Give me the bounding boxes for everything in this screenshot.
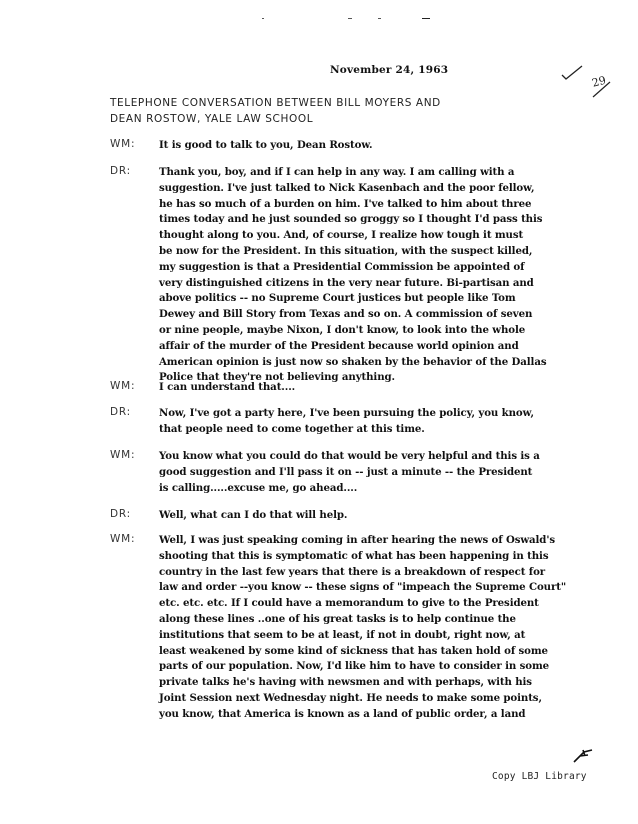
checkmark-icon: 29	[560, 48, 620, 98]
speaker-label: WM:	[110, 138, 135, 150]
speech-line: Well, I was just speaking coming in afte…	[159, 533, 599, 549]
speech-line: I can understand that....	[159, 380, 599, 396]
speech-line: my suggestion is that a Presidential Com…	[159, 260, 599, 276]
speaker-label: DR:	[110, 165, 131, 177]
speech-line: parts of our population. Now, I'd like h…	[159, 659, 599, 675]
handwritten-initials-mark	[572, 746, 594, 764]
speech-line: least weakened by some kind of sickness …	[159, 644, 599, 660]
speech-line: above politics -- no Supreme Court justi…	[159, 291, 599, 307]
speech-text: Now, I've got a party here, I've been pu…	[159, 406, 599, 438]
speech-line: you know, that America is known as a lan…	[159, 707, 599, 723]
document-date: November 24, 1963	[330, 64, 448, 76]
speech-text: Well, I was just speaking coming in afte…	[159, 533, 599, 723]
speech-line: Dewey and Bill Story from Texas and so o…	[159, 307, 599, 323]
speech-line: along these lines ..one of his great tas…	[159, 612, 599, 628]
speech-line: etc. etc. etc. If I could have a memoran…	[159, 596, 599, 612]
speech-line: Thank you, boy, and if I can help in any…	[159, 165, 599, 181]
speech-line: shooting that this is symptomatic of wha…	[159, 549, 599, 565]
speech-line: is calling.....excuse me, go ahead....	[159, 481, 599, 497]
speech-line: private talks he's having with newsmen a…	[159, 675, 599, 691]
speech-line: thought along to you. And, of course, I …	[159, 228, 599, 244]
speech-text: You know what you could do that would be…	[159, 449, 599, 496]
page-annotation-number: 29	[591, 74, 608, 90]
speech-line: Now, I've got a party here, I've been pu…	[159, 406, 599, 422]
speech-line: It is good to talk to you, Dean Rostow.	[159, 138, 599, 154]
speaker-label: DR:	[110, 406, 131, 418]
speech-line: law and order --you know -- these signs …	[159, 580, 599, 596]
speech-line: or nine people, maybe Nixon, I don't kno…	[159, 323, 599, 339]
speech-line: times today and he just sounded so grogg…	[159, 212, 599, 228]
speech-text: It is good to talk to you, Dean Rostow.	[159, 138, 599, 154]
title-line: DEAN ROSTOW, YALE LAW SCHOOL	[110, 111, 441, 127]
speech-line: Joint Session next Wednesday night. He n…	[159, 691, 599, 707]
speech-line: Well, what can I do that will help.	[159, 508, 599, 524]
document-title: TELEPHONE CONVERSATION BETWEEN BILL MOYE…	[110, 95, 441, 127]
speaker-label: WM:	[110, 380, 135, 392]
title-line: TELEPHONE CONVERSATION BETWEEN BILL MOYE…	[110, 95, 441, 111]
speech-line: American opinion is just now so shaken b…	[159, 355, 599, 371]
speech-line: he has so much of a burden on him. I've …	[159, 197, 599, 213]
speech-line: affair of the murder of the President be…	[159, 339, 599, 355]
speech-line: very distinguished citizens in the very …	[159, 276, 599, 292]
archive-footer-label: Copy LBJ Library	[492, 771, 587, 782]
speech-line: that people need to come together at thi…	[159, 422, 599, 438]
speech-line: country in the last few years that there…	[159, 565, 599, 581]
speech-line: You know what you could do that would be…	[159, 449, 599, 465]
speech-text: Well, what can I do that will help.	[159, 508, 599, 524]
speaker-label: WM:	[110, 449, 135, 461]
speaker-label: DR:	[110, 508, 131, 520]
speech-line: institutions that seem to be at least, i…	[159, 628, 599, 644]
speech-text: I can understand that....	[159, 380, 599, 396]
handwritten-checkmark-annotation: 29	[560, 48, 620, 98]
speech-text: Thank you, boy, and if I can help in any…	[159, 165, 599, 386]
speech-line: suggestion. I've just talked to Nick Kas…	[159, 181, 599, 197]
speaker-label: WM:	[110, 533, 135, 545]
speech-line: good suggestion and I'll pass it on -- j…	[159, 465, 599, 481]
scan-artifacts	[0, 18, 638, 24]
speech-line: be now for the President. In this situat…	[159, 244, 599, 260]
